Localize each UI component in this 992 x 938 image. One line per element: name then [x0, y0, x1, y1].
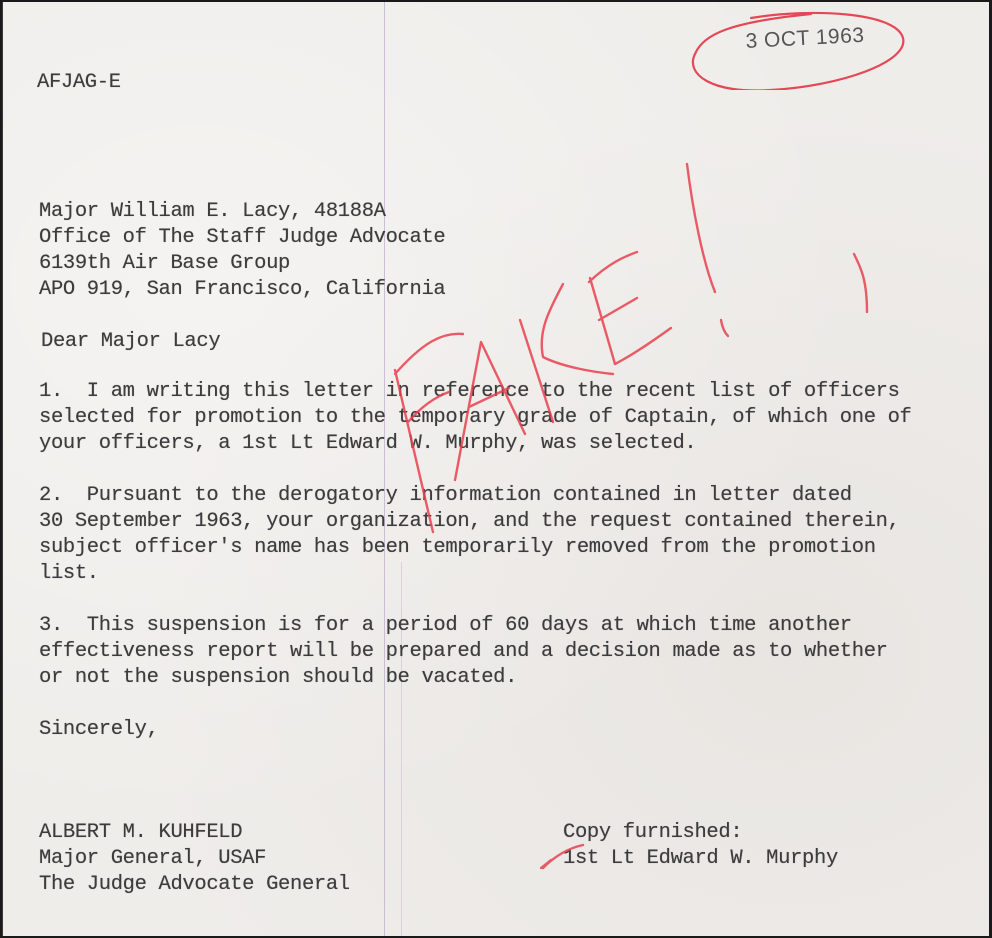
margin-line: [384, 2, 385, 936]
salutation: Dear Major Lacy: [41, 329, 220, 355]
addressee-line: 6139th Air Base Group: [39, 251, 290, 277]
copy-furnished-label: Copy furnished:: [563, 820, 742, 846]
fake-handwritten-annotation: [3, 2, 989, 936]
addressee-line: Office of The Staff Judge Advocate: [39, 225, 445, 251]
signer-title: The Judge Advocate General: [39, 872, 350, 898]
signer-name: ALBERT M. KUHFELD: [39, 820, 242, 846]
body-line: subject officer's name has been temporar…: [39, 535, 876, 561]
body-line: 3. This suspension is for a period of 60…: [39, 613, 852, 639]
body-line: or not the suspension should be vacated.: [39, 665, 517, 691]
body-line: effectiveness report will be prepared an…: [39, 639, 888, 665]
closing: Sincerely,: [39, 717, 159, 743]
body-line: list.: [39, 561, 99, 587]
body-line: 30 September 1963, your organization, an…: [39, 509, 900, 535]
addressee-line: Major William E. Lacy, 48188A: [39, 199, 386, 225]
letter-page: AFJAG-E 3 OCT 1963 Major William E. Lacy…: [2, 2, 989, 936]
body-line: 2. Pursuant to the derogatory informatio…: [39, 483, 852, 509]
body-line: your officers, a 1st Lt Edward W. Murphy…: [39, 431, 696, 457]
body-line: selected for promotion to the temporary …: [39, 405, 912, 431]
addressee-line: APO 919, San Francisco, California: [39, 277, 445, 303]
body-line: 1. I am writing this letter in reference…: [39, 379, 900, 405]
reference-code: AFJAG-E: [37, 70, 121, 96]
signer-rank: Major General, USAF: [39, 846, 266, 872]
copy-furnished-recipient: 1st Lt Edward W. Murphy: [563, 846, 838, 872]
